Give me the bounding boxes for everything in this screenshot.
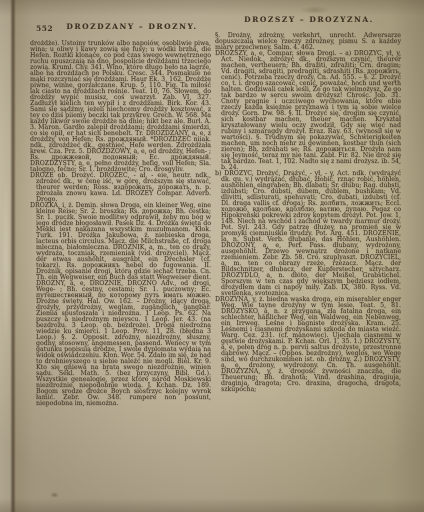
column-header-right: DROZSZY – DROZYZNA. (216, 15, 402, 24)
page-fold-highlight (2, 180, 10, 340)
text-column-right: §. Drożny, zdrożny, verkehrt, unrecht. A… (215, 33, 401, 481)
paragraph: drożdże). Ustoiny trunków albo napoiów, … (30, 41, 211, 173)
paper-shadow (300, 6, 330, 14)
paragraph: §. Drożny, zdrożny, verkehrt, unrecht. A… (215, 33, 401, 51)
scanned-dictionary-page: 552 DROZDZANY – DROZNY. DROZSZY – DROZYZ… (0, 0, 424, 512)
paragraph: DROZE ob. Drożyć. DROZEC, - ał, - eie, n… (30, 173, 211, 203)
paragraph: DROZYNA, y, ż. biedna wąska droga, ein m… (215, 297, 401, 393)
paragraph: DROZKA, i, ż. Demin. słowa Droga, ein kl… (30, 203, 211, 407)
page-number: 552 (36, 24, 53, 33)
ink-stain (50, 492, 59, 498)
paragraph: DROZSZY, a, e, Compar. słowa Drogi. – a)… (215, 51, 401, 171)
column-header-left: DROZDZANY – DROZNY. (52, 22, 212, 31)
paragraph: b) DROZYC, Drożyć, Drążyć, - ył, - y, Ac… (215, 171, 401, 297)
text-column-left: drożdże). Ustoiny trunków albo napoiów, … (30, 41, 211, 481)
